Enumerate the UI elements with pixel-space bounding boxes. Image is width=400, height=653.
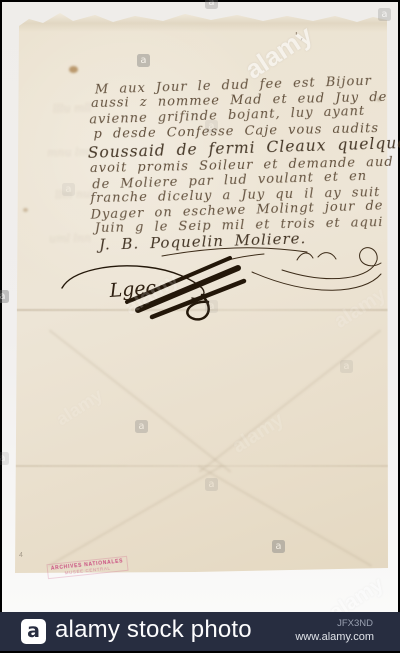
fold-crease bbox=[199, 329, 381, 472]
ink-bleedthrough: llm nul bbox=[55, 187, 94, 201]
alamy-watermark-logo-icon: a bbox=[0, 290, 9, 303]
foxing-spot bbox=[23, 208, 28, 212]
pencil-mark: 4 bbox=[19, 552, 23, 559]
photo-background: lllu mll mnu lm llm nul uml lnn ' , M au… bbox=[2, 2, 398, 612]
fold-crease bbox=[49, 329, 231, 472]
foxing-spot bbox=[69, 66, 78, 73]
alamy-watermark-logo-icon: a bbox=[205, 0, 218, 9]
alamy-watermark-logo-icon: a bbox=[0, 452, 9, 465]
alamy-url: www.alamy.com bbox=[295, 631, 374, 643]
image-id: JFX3ND bbox=[337, 618, 373, 629]
alamy-footer-bar: a alamy stock photo JFX3ND www.alamy.com bbox=[0, 612, 400, 651]
fold-crease bbox=[48, 465, 222, 567]
stock-photo-image: lllu mll mnu lm llm nul uml lnn ' , M au… bbox=[0, 0, 400, 653]
signature-flourish: Lgec bbox=[52, 240, 382, 330]
fold-crease bbox=[198, 465, 372, 567]
alamy-logo-icon: a bbox=[21, 619, 46, 644]
ink-bleedthrough: mnu lm bbox=[47, 146, 89, 160]
signature-left-word: Lgec bbox=[108, 277, 157, 302]
ink-bleedthrough: lllu mll bbox=[53, 101, 92, 115]
alamy-brand-text: alamy stock photo bbox=[55, 616, 252, 644]
handwritten-text-block: M aux Jour le dud fee est Bijouraussi z … bbox=[89, 76, 391, 260]
ink-speck: ' , bbox=[295, 32, 303, 42]
